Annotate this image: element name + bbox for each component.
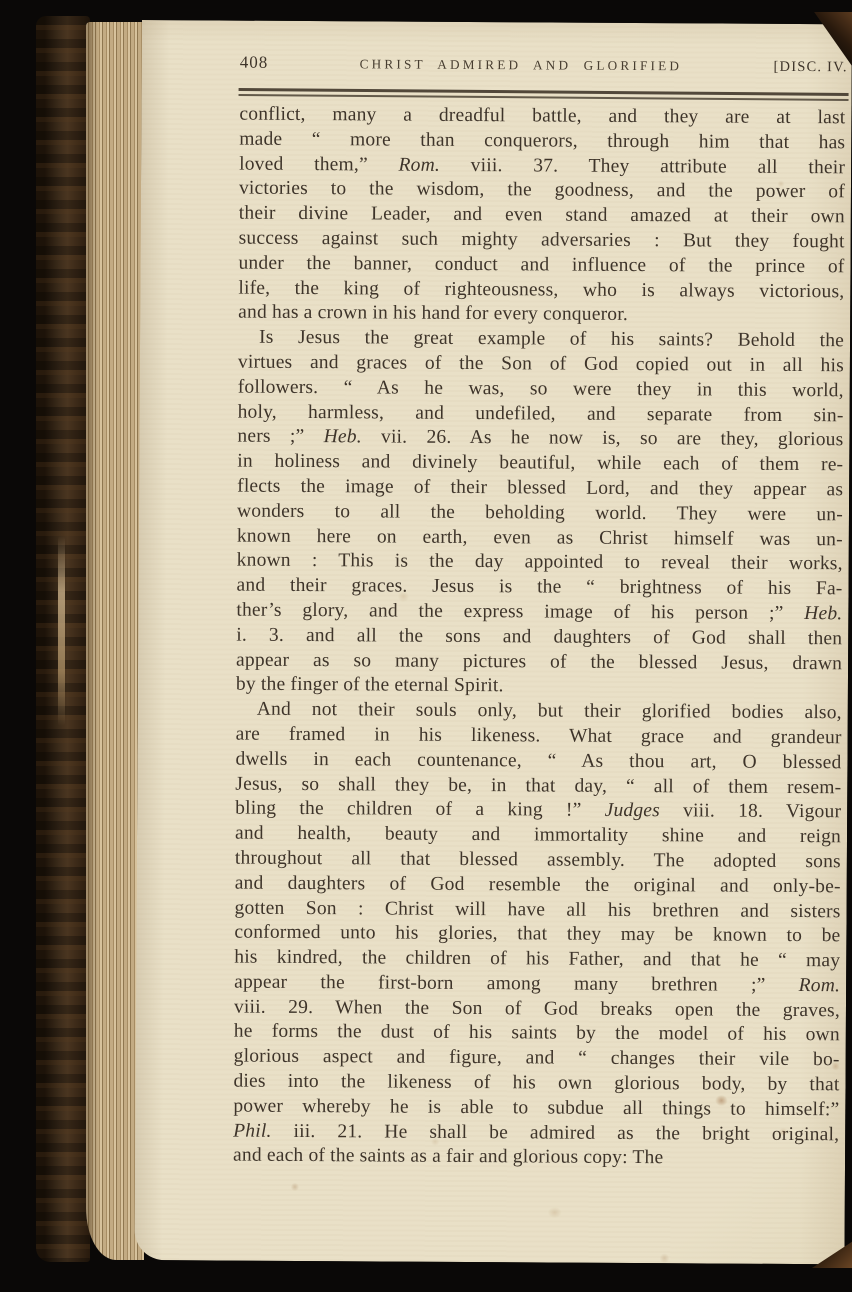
book-photo: 408 CHRIST ADMIRED AND GLORIFIED [DISC. … (0, 0, 852, 1292)
body-line: and has a crown in his hand for every co… (238, 301, 844, 329)
body-line: virtues and graces of the Son of God cop… (238, 351, 844, 379)
body-line: power whereby he is able to subdue all t… (233, 1094, 839, 1122)
body-line: their divine Leader, and even stand amaz… (239, 202, 845, 230)
body-line: his kindred, the children of his Father,… (234, 946, 840, 974)
body-line: he forms the dust of his saints by the m… (234, 1020, 840, 1048)
body-line: throughout all that blessed assembly. Th… (235, 846, 841, 874)
body-line: Jesus, so shall they be, in that day, “ … (235, 772, 841, 800)
body-line: and their graces. Jesus is the “ brightn… (236, 574, 842, 602)
book-page: 408 CHRIST ADMIRED AND GLORIFIED [DISC. … (134, 20, 852, 1264)
body-line: conformed unto his glories, that they ma… (234, 921, 840, 949)
body-line: viii. 29. When the Son of God breaks ope… (234, 995, 840, 1023)
body-line: and each of the saints as a fair and glo… (233, 1144, 839, 1172)
body-line: bling the children of a king !” Judges v… (235, 797, 841, 825)
body-line: gotten Son : Christ will have all his br… (234, 896, 840, 924)
header-rule (239, 88, 849, 101)
body-line: and health, beauty and immortality shine… (235, 822, 841, 850)
body-line: ners ;” Heb. vii. 26. As he now is, so a… (237, 425, 843, 453)
body-line: and daughters of God resemble the origin… (235, 871, 841, 899)
body-line: holy, harmless, and undefiled, and separ… (238, 400, 844, 428)
body-line: dies into the likeness of his own glorio… (233, 1070, 839, 1098)
body-line: Phil. iii. 21. He shall be admired as th… (233, 1119, 839, 1147)
body-line: success against such mighty adversaries … (239, 227, 845, 255)
running-head: 408 CHRIST ADMIRED AND GLORIFIED [DISC. … (240, 53, 848, 85)
running-title: CHRIST ADMIRED AND GLORIFIED (268, 56, 773, 75)
body-line: made “ more than conquerors, through him… (239, 127, 845, 155)
body-line: victories to the wisdom, the goodness, a… (239, 177, 845, 205)
body-line: appear as so many pictures of the blesse… (236, 648, 842, 676)
body-line: under the banner, conduct and influence … (238, 251, 844, 279)
body-line: known here on earth, even as Christ hims… (237, 524, 843, 552)
body-line: appear the first-born among many brethre… (234, 970, 840, 998)
body-line: flects the image of their blessed Lord, … (237, 475, 843, 503)
body-line: life, the king of righteousness, who is … (238, 276, 844, 304)
body-line: i. 3. and all the sons and daughters of … (236, 623, 842, 651)
body-line: known : This is the day appointed to rev… (237, 549, 843, 577)
section-label: [DISC. IV. (773, 59, 847, 76)
body-line: followers. “ As he was, so were they in … (238, 375, 844, 403)
body-line: are framed in his likeness. What grace a… (236, 723, 842, 751)
body-line: wonders to all the beholding world. They… (237, 499, 843, 527)
body-line: glorious aspect and figure, and “ change… (234, 1045, 840, 1073)
body-line: loved them,” Rom. viii. 37. They attribu… (239, 152, 845, 180)
body-line: And not their souls only, but their glor… (236, 698, 842, 726)
body-line: in holiness and divinely beautiful, whil… (237, 450, 843, 478)
page-body: conflict, many a dreadful battle, and th… (233, 103, 846, 1173)
body-line: dwells in each countenance, “ As thou ar… (235, 747, 841, 775)
body-line: Is Jesus the great example of his saints… (238, 326, 844, 354)
body-line: ther’s glory, and the express image of h… (236, 599, 842, 627)
body-line: by the finger of the eternal Spirit. (236, 673, 842, 701)
page-number: 408 (240, 53, 269, 73)
book-spine (36, 16, 90, 1262)
body-line: conflict, many a dreadful battle, and th… (239, 103, 845, 131)
